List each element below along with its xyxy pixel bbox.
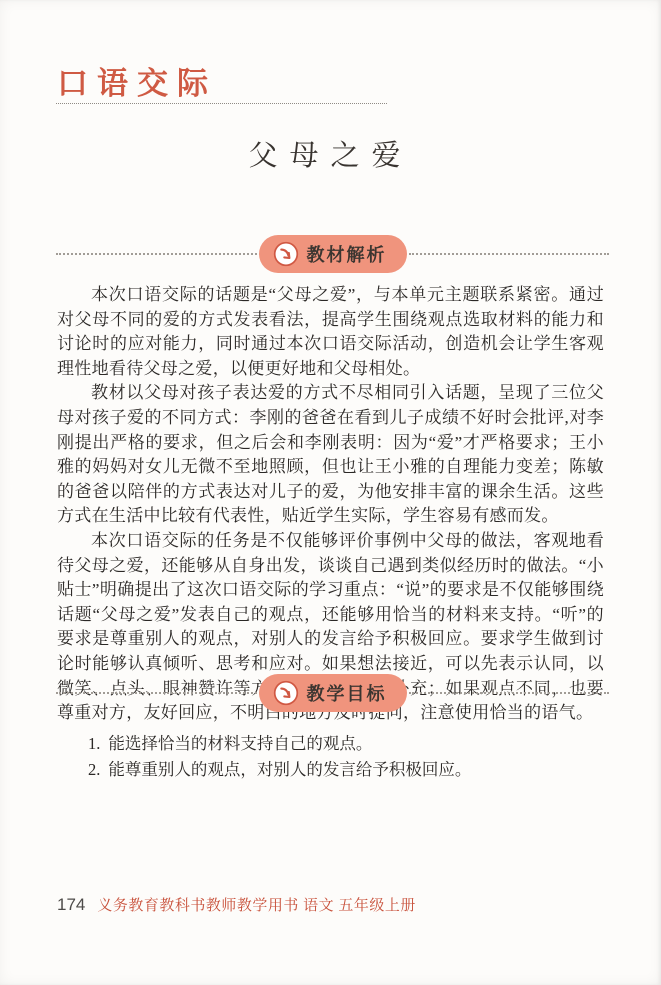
badge-textbook-analysis: 教材解析 xyxy=(259,235,407,273)
book-title: 义务教育教科书教师教学用书 语文 五年级上册 xyxy=(97,894,416,915)
page-number: 174 xyxy=(57,895,85,915)
book-page: 口语交际 父母之爱 教材解析 本次口语交际的话题是“父母之爱”，与本单元主题联系… xyxy=(0,0,661,985)
page-footer: 174 义务教育教科书教师教学用书 语文 五年级上册 xyxy=(57,894,416,915)
teaching-objectives-list: 1. 能选择恰当的材料支持自己的观点。 2. 能尊重别人的观点，对别人的发言给予… xyxy=(88,731,588,783)
badge-label: 教材解析 xyxy=(307,241,387,267)
dotted-line xyxy=(56,253,257,255)
section-label: 口语交际 xyxy=(57,58,217,103)
textbook-analysis-body: 本次口语交际的话题是“父母之爱”，与本单元主题联系紧密。通过对父母不同的爱的方式… xyxy=(57,283,604,726)
dotted-line xyxy=(409,692,610,694)
paragraph: 教材以父母对孩子表达爱的方式不尽相同引入话题，呈现了三位父母对孩子爱的不同方式：… xyxy=(57,381,604,529)
header-rule xyxy=(56,103,387,104)
section-divider-textbook-analysis: 教材解析 xyxy=(56,235,609,273)
lesson-title: 父母之爱 xyxy=(57,133,604,174)
dotted-line xyxy=(409,253,610,255)
section-divider-teaching-objectives: 教学目标 xyxy=(56,674,609,712)
list-item: 1. 能选择恰当的材料支持自己的观点。 xyxy=(88,731,588,757)
list-item-text: 能选择恰当的材料支持自己的观点。 xyxy=(108,731,372,757)
paragraph: 本次口语交际的话题是“父母之爱”，与本单元主题联系紧密。通过对父母不同的爱的方式… xyxy=(57,283,604,381)
curved-arrow-down-right-icon xyxy=(273,241,299,267)
list-item-text: 能尊重别人的观点，对别人的发言给予积极回应。 xyxy=(108,757,471,783)
curved-arrow-down-right-icon xyxy=(273,680,299,706)
badge-label: 教学目标 xyxy=(307,680,387,706)
dotted-line xyxy=(56,692,257,694)
list-item: 2. 能尊重别人的观点，对别人的发言给予积极回应。 xyxy=(88,757,588,783)
badge-teaching-objectives: 教学目标 xyxy=(259,674,407,712)
list-item-number: 1. xyxy=(88,731,100,757)
list-item-number: 2. xyxy=(88,757,100,783)
